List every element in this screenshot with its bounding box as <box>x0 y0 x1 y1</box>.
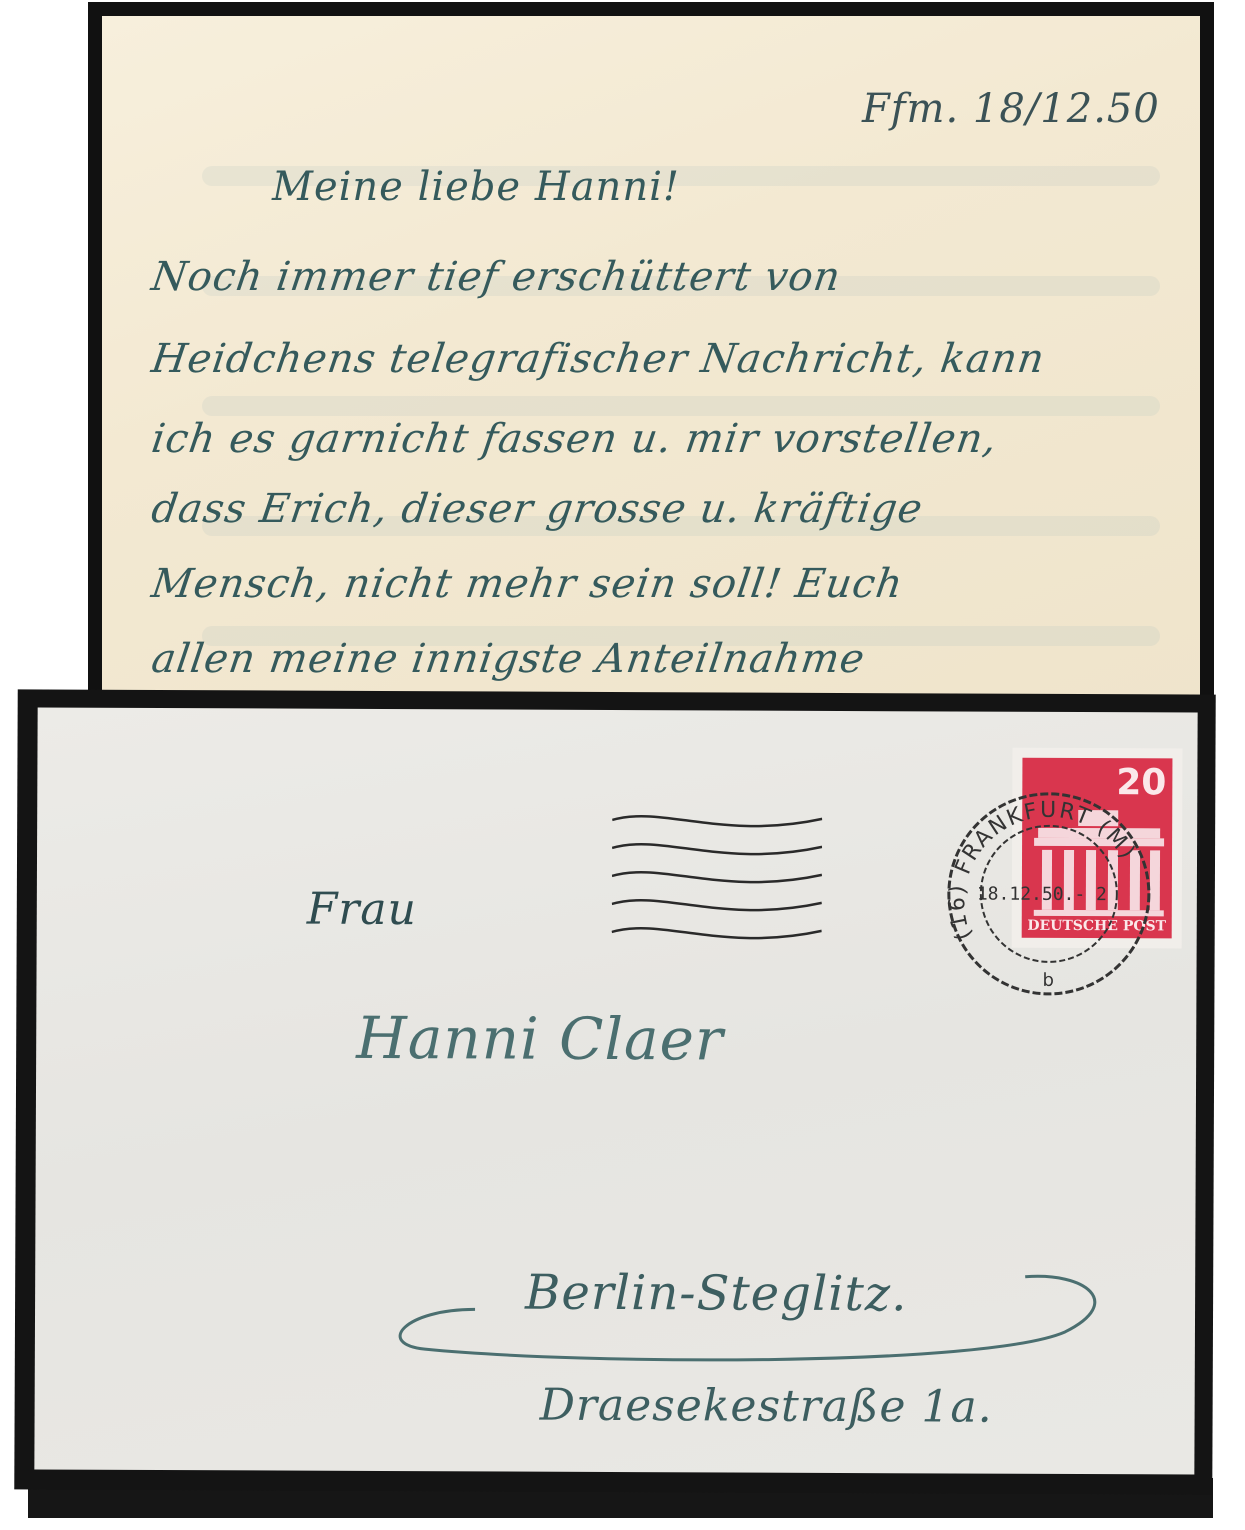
letter-line: allen meine innigste Anteilnahme <box>149 636 868 682</box>
wavy-cancellation-icon <box>612 810 823 951</box>
postmark-code: b <box>1042 970 1054 991</box>
recipient-name: Hanni Claer <box>356 1004 724 1074</box>
recipient-title: Frau <box>307 884 417 935</box>
letter-line: dass Erich, dieser grosse u. kräftige <box>149 486 926 532</box>
envelope: 20 <box>0 688 1232 1528</box>
letter-line: Noch immer tief erschüttert von <box>149 254 844 300</box>
recipient-street: Draesekestraße 1a. <box>540 1380 993 1433</box>
letter-paper: Ffm. 18/12.50 Meine liebe Hanni! Noch im… <box>102 16 1200 728</box>
letter-line: ich es garnicht fassen u. mir vorstellen… <box>149 416 1001 462</box>
postmark-date: 18.12.50.- 2 <box>977 884 1107 906</box>
letter-card: Ffm. 18/12.50 Meine liebe Hanni! Noch im… <box>88 2 1214 742</box>
envelope-front: 20 <box>14 689 1215 1494</box>
envelope-paper: 20 <box>34 707 1197 1474</box>
letter-salutation: Meine liebe Hanni! <box>272 164 680 210</box>
letter-line: Heidchens telegrafischer Nachricht, kann <box>149 336 1048 382</box>
recipient-city: Berlin-Steglitz. <box>525 1265 908 1323</box>
show-through-ink <box>202 396 1160 416</box>
letter-date: Ffm. 18/12.50 <box>862 86 1160 132</box>
letter-line: Mensch, nicht mehr sein soll! Euch <box>149 561 906 607</box>
